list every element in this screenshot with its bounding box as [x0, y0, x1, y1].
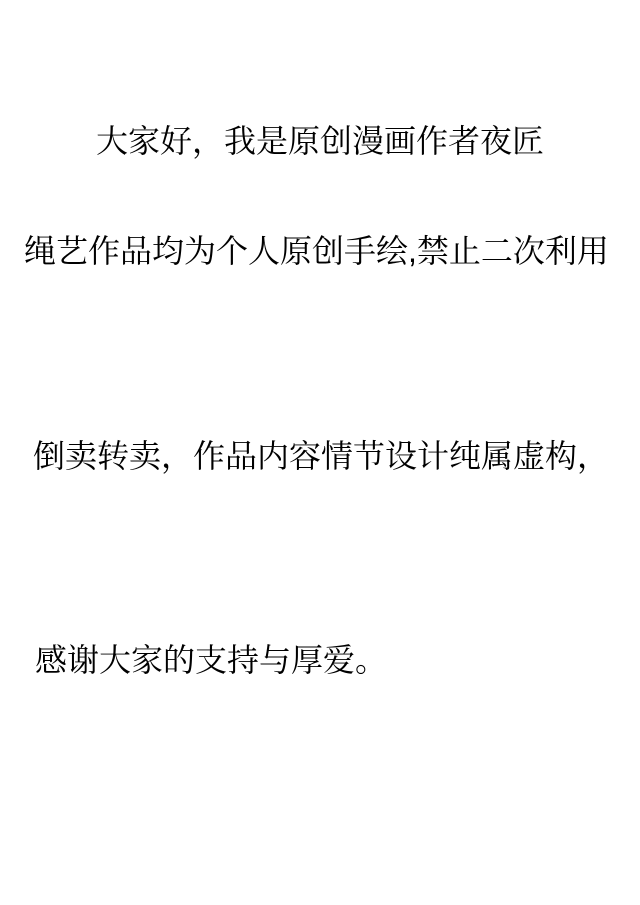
notice-line-intro: 大家好，我是原创漫画作者夜匠 — [0, 122, 640, 160]
notice-line-thanks: 感谢大家的支持与厚爱。 — [35, 641, 387, 679]
notice-line-no-resale: 倒卖转卖，作品内容情节设计纯属虚构， — [33, 437, 609, 475]
notice-page: 大家好，我是原创漫画作者夜匠 绳艺作品均为个人原创手绘,禁止二次利用 倒卖转卖，… — [0, 0, 640, 905]
notice-line-original-work: 绳艺作品均为个人原创手绘,禁止二次利用 — [24, 232, 609, 270]
